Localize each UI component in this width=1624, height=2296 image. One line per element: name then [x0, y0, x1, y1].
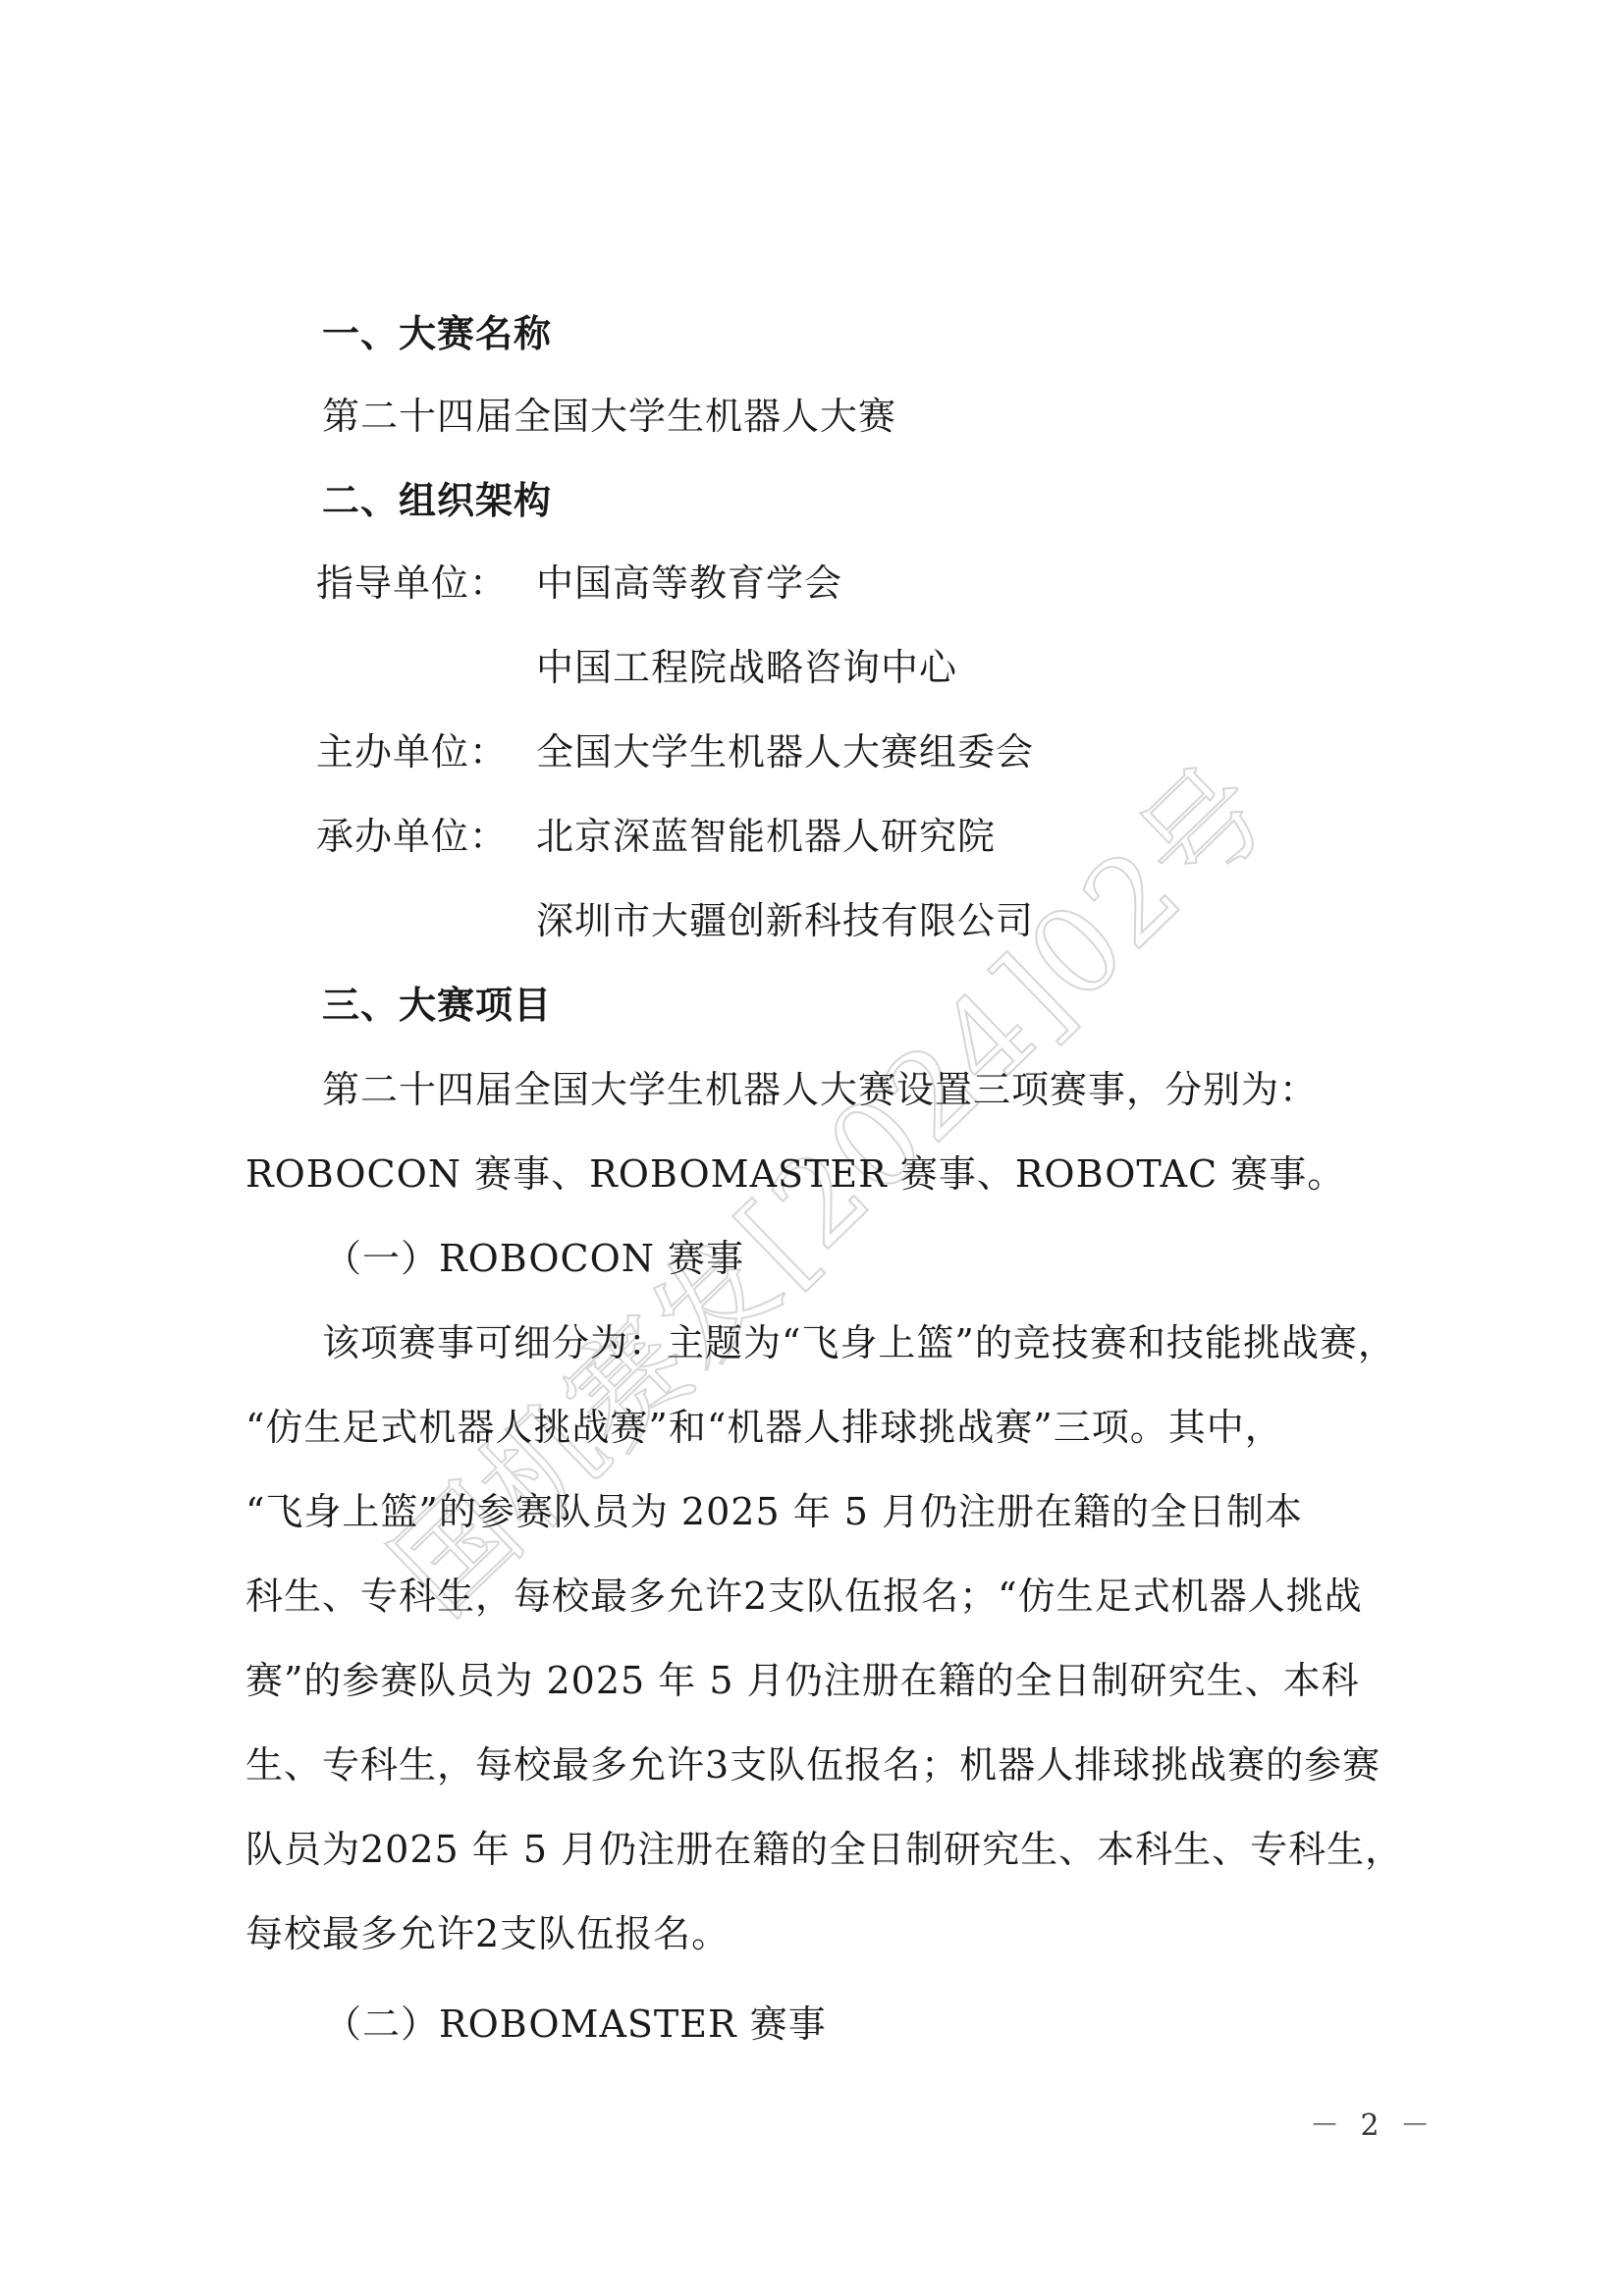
- section-heading-projects: 三、大赛项目: [322, 984, 552, 1027]
- org-value-organizer-unit-1: 北京深蓝智能机器人研究院: [536, 815, 996, 858]
- subsection-heading-robomaster: （二）ROBOMASTER 赛事: [324, 2002, 827, 2046]
- projects-intro-line-2: ROBOCON 赛事、ROBOMASTER 赛事、ROBOTAC 赛事。: [245, 1152, 1345, 1196]
- document-page: 国机赛发[2024]02号 一、大赛名称 第二十四届全国大学生机器人大赛 二、组…: [0, 0, 1624, 2296]
- robocon-paragraph-line-6: 生、专科生，每校最多允许3支队伍报名；机器人排球挑战赛的参赛: [245, 1743, 1380, 1787]
- org-value-guiding-unit-2: 中国工程院战略咨询中心: [536, 646, 957, 689]
- robocon-paragraph-line-4: 科生、专科生，每校最多允许2支队伍报名；“仿生足式机器人挑战: [245, 1575, 1363, 1618]
- robocon-paragraph-line-5: 赛”的参赛队员为 2025 年 5 月仍注册在籍的全日制研究生、本科: [245, 1659, 1360, 1702]
- robocon-paragraph-line-3: “飞身上篮”的参赛队员为 2025 年 5 月仍注册在籍的全日制本: [245, 1490, 1303, 1533]
- robocon-paragraph-line-1: 该项赛事可细分为：主题为“飞身上篮”的竞技赛和技能挑战赛，: [322, 1321, 1396, 1364]
- org-label-organizer-unit: 承办单位：: [316, 815, 508, 858]
- page-number: － 2 －: [1310, 2101, 1435, 2144]
- robocon-paragraph-line-2: “仿生足式机器人挑战赛”和“机器人排球挑战赛”三项。其中，: [245, 1406, 1283, 1449]
- org-label-guiding-unit: 指导单位：: [316, 561, 508, 605]
- org-value-host-unit: 全国大学生机器人大赛组委会: [536, 730, 1034, 774]
- competition-name-text: 第二十四届全国大学生机器人大赛: [322, 395, 896, 438]
- section-heading-competition-name: 一、大赛名称: [322, 312, 552, 355]
- subsection-heading-robocon: （一）ROBOCON 赛事: [324, 1237, 744, 1280]
- org-value-guiding-unit-1: 中国高等教育学会: [536, 561, 842, 605]
- robocon-paragraph-line-7: 队员为2025 年 5 月仍注册在籍的全日制研究生、本科生、专科生，: [245, 1828, 1403, 1871]
- org-label-host-unit: 主办单位：: [316, 730, 508, 774]
- org-value-organizer-unit-2: 深圳市大疆创新科技有限公司: [536, 899, 1034, 942]
- section-heading-organization: 二、组织架构: [322, 479, 552, 522]
- projects-intro-line-1: 第二十四届全国大学生机器人大赛设置三项赛事，分别为：: [322, 1068, 1318, 1111]
- robocon-paragraph-line-8: 每校最多允许2支队伍报名。: [245, 1912, 730, 1955]
